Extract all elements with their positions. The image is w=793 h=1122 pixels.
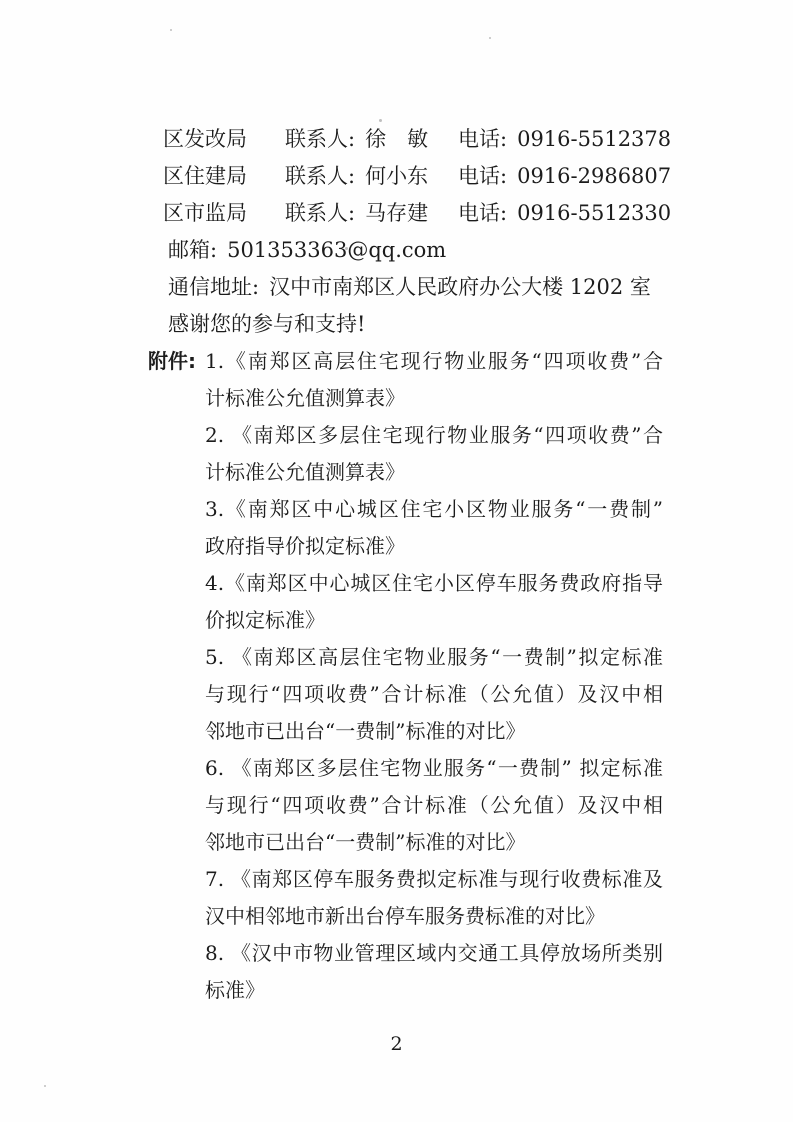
email-address: 501353363@qq.com — [227, 238, 446, 262]
scanned-document-page: 区发改局 联系人:徐 敏 电话:0916-5512378 区住建局 联系人:何小… — [0, 0, 793, 1122]
contact-row-fgj: 区发改局 联系人:徐 敏 电话:0916-5512378 — [0, 121, 793, 158]
phone-number: 0916-2986807 — [517, 164, 671, 188]
contact-person: 联系人:马存建 — [285, 195, 458, 232]
attachment-item-1: 1.《南郑区高层住宅现行物业服务“四项收费”合 计标准公允值测算表》 — [205, 343, 663, 417]
thanks-line: 感谢您的参与和支持! — [0, 306, 793, 343]
attachment-line: 汉中相邻地市新出台停车服务费标准的对比》 — [205, 898, 663, 935]
scan-speck — [489, 37, 491, 39]
mailing-address-line: 通信地址:汉中市南郑区人民政府办公大楼 1202 室 — [0, 269, 793, 306]
document-body: 区发改局 联系人:徐 敏 电话:0916-5512378 区住建局 联系人:何小… — [0, 121, 793, 1009]
contact-label: 联系人: — [285, 127, 355, 151]
contact-phone: 电话:0916-2986807 — [458, 158, 671, 195]
attachment-line: 邻地市已出台“一费制”标准的对比》 — [205, 713, 663, 750]
attachments-label: 附件: — [148, 343, 205, 380]
attachment-line: 2. 《南郑区多层住宅现行物业服务“四项收费”合 — [205, 417, 663, 454]
attachment-line: 6. 《南郑区多层住宅物业服务“一费制” 拟定标准 — [205, 750, 663, 787]
attachment-item-3: 3.《南郑区中心城区住宅小区物业服务“一费制” 政府指导价拟定标准》 — [205, 491, 663, 565]
attachment-line: 计标准公允值测算表》 — [205, 380, 663, 417]
attachment-line: 邻地市已出台“一费制”标准的对比》 — [205, 824, 663, 861]
phone-number: 0916-5512330 — [517, 201, 671, 225]
attachment-line: 4.《南郑区中心城区住宅小区停车服务费政府指导 — [205, 565, 663, 602]
address-value: 汉中市南郑区人民政府办公大楼 1202 室 — [269, 275, 651, 299]
scan-speck — [170, 29, 172, 31]
attachment-item-8: 8. 《汉中市物业管理区域内交通工具停放场所类别 标准》 — [205, 935, 663, 1009]
attachment-line: 计标准公允值测算表》 — [205, 454, 663, 491]
scan-speck — [44, 1085, 46, 1087]
contact-label: 联系人: — [285, 201, 355, 225]
agency-name: 区发改局 — [163, 121, 285, 158]
attachment-line: 价拟定标准》 — [205, 602, 663, 639]
attachment-line: 8. 《汉中市物业管理区域内交通工具停放场所类别 — [205, 935, 663, 972]
agency-name: 区住建局 — [163, 158, 285, 195]
phone-number: 0916-5512378 — [517, 127, 671, 151]
page-number: 2 — [0, 1030, 793, 1058]
attachment-line: 与现行“四项收费”合计标准（公允值）及汉中相 — [205, 676, 663, 713]
agency-name: 区市监局 — [163, 195, 285, 232]
email-label: 邮箱: — [168, 238, 217, 262]
contact-name: 马存建 — [365, 201, 428, 225]
attachment-line: 3.《南郑区中心城区住宅小区物业服务“一费制” — [205, 491, 663, 528]
contact-phone: 电话:0916-5512330 — [458, 195, 671, 232]
attachment-item-6: 6. 《南郑区多层住宅物业服务“一费制” 拟定标准 与现行“四项收费”合计标准（… — [205, 750, 663, 861]
attachment-item-4: 4.《南郑区中心城区住宅小区停车服务费政府指导 价拟定标准》 — [205, 565, 663, 639]
attachments-list: 1.《南郑区高层住宅现行物业服务“四项收费”合 计标准公允值测算表》 2. 《南… — [205, 343, 663, 1009]
attachment-line: 7. 《南郑区停车服务费拟定标准与现行收费标准及 — [205, 861, 663, 898]
email-line: 邮箱:501353363@qq.com — [0, 232, 793, 269]
contact-person: 联系人:何小东 — [285, 158, 458, 195]
contact-name: 何小东 — [365, 164, 428, 188]
contact-phone: 电话:0916-5512378 — [458, 121, 671, 158]
contact-person: 联系人:徐 敏 — [285, 121, 458, 158]
contact-name: 徐 敏 — [365, 127, 428, 151]
phone-label: 电话: — [458, 201, 507, 225]
attachment-line: 5. 《南郑区高层住宅物业服务“一费制”拟定标准 — [205, 639, 663, 676]
address-label: 通信地址: — [168, 275, 259, 299]
contact-row-sjj: 区市监局 联系人:马存建 电话:0916-5512330 — [0, 195, 793, 232]
attachment-item-5: 5. 《南郑区高层住宅物业服务“一费制”拟定标准 与现行“四项收费”合计标准（公… — [205, 639, 663, 750]
contact-label: 联系人: — [285, 164, 355, 188]
phone-label: 电话: — [458, 127, 507, 151]
attachment-line: 与现行“四项收费”合计标准（公允值）及汉中相 — [205, 787, 663, 824]
attachment-line: 1.《南郑区高层住宅现行物业服务“四项收费”合 — [205, 343, 663, 380]
attachment-line: 政府指导价拟定标准》 — [205, 528, 663, 565]
attachment-line: 标准》 — [205, 972, 663, 1009]
phone-label: 电话: — [458, 164, 507, 188]
attachments-section: 附件: 1.《南郑区高层住宅现行物业服务“四项收费”合 计标准公允值测算表》 2… — [0, 343, 793, 1009]
attachment-item-2: 2. 《南郑区多层住宅现行物业服务“四项收费”合 计标准公允值测算表》 — [205, 417, 663, 491]
contact-row-zjj: 区住建局 联系人:何小东 电话:0916-2986807 — [0, 158, 793, 195]
attachment-item-7: 7. 《南郑区停车服务费拟定标准与现行收费标准及 汉中相邻地市新出台停车服务费标… — [205, 861, 663, 935]
